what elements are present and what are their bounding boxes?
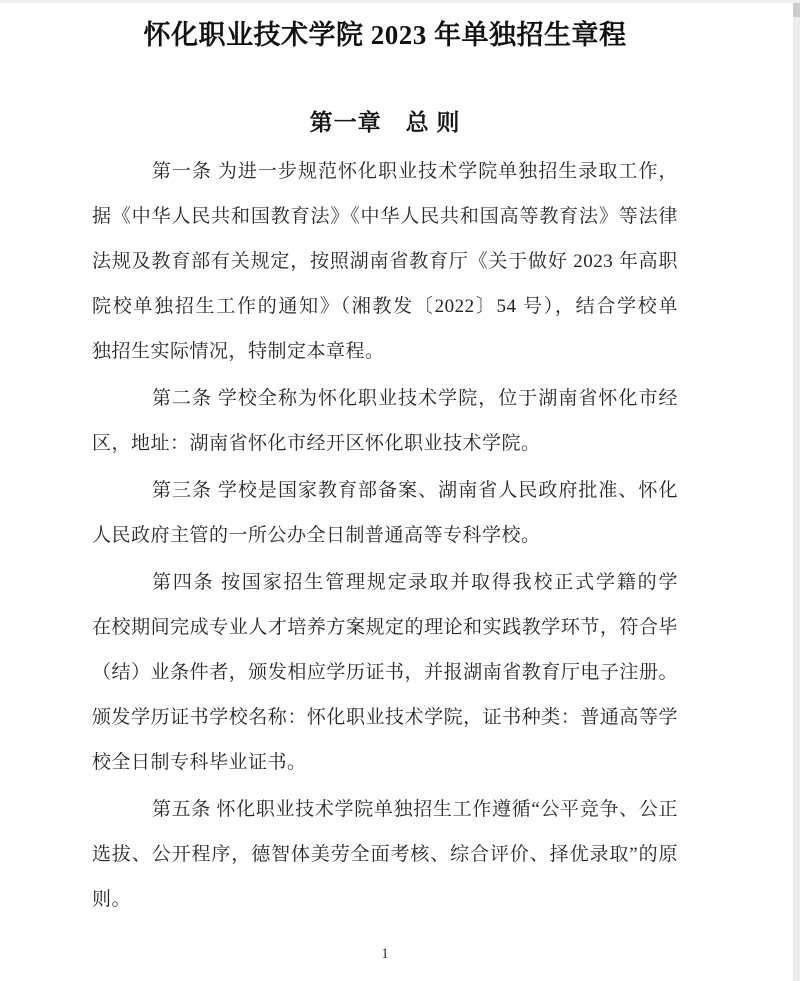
text-line: 在校期间完成专业人才培养方案规定的理论和实践教学环节，符合毕 [92, 605, 678, 650]
document-page: 怀化职业技术学院 2023 年单独招生章程 第一章 总 则 第一条 为进一步规范… [92, 3, 678, 962]
text-line: 第三条 学校是国家教育部备案、湖南省人民政府批准、怀化市 [92, 468, 678, 513]
paragraph-article-4: 第四条 按国家招生管理规定录取并取得我校正式学籍的学生， 在校期间完成专业人才培… [92, 560, 678, 785]
text-line: 校全日制专科毕业证书。 [92, 740, 678, 785]
text-line: 颁发学历证书学校名称：怀化职业技术学院，证书种类：普通高等学 [92, 695, 678, 740]
text-line: 选拔、公开程序，德智体美劳全面考核、综合评价、择优录取”的原 [92, 832, 678, 877]
paragraph-article-3: 第三条 学校是国家教育部备案、湖南省人民政府批准、怀化市 人民政府主管的一所公办… [92, 468, 678, 558]
text-line: 据《中华人民共和国教育法》《中华人民共和国高等教育法》等法律 [92, 194, 678, 239]
paragraph-article-5: 第五条 怀化职业技术学院单独招生工作遵循“公平竞争、公正 选拔、公开程序，德智体… [92, 787, 678, 922]
document-title: 怀化职业技术学院 2023 年单独招生章程 [92, 15, 678, 55]
text-line: 第四条 按国家招生管理规定录取并取得我校正式学籍的学生， [92, 560, 678, 605]
text-line: 法规及教育部有关规定，按照湖南省教育厅《关于做好 2023 年高职 [92, 239, 678, 284]
text-line: 第一条 为进一步规范怀化职业技术学院单独招生录取工作，根 [92, 149, 678, 194]
text-line: 第二条 学校全称为怀化职业技术学院，位于湖南省怀化市经开 [92, 376, 678, 421]
paragraph-article-2: 第二条 学校全称为怀化职业技术学院，位于湖南省怀化市经开 区，地址：湖南省怀化市… [92, 376, 678, 466]
text-line: 院校单独招生工作的通知》（湘教发〔2022〕54 号），结合学校单 [92, 284, 678, 329]
text-line: 区，地址：湖南省怀化市经开区怀化职业技术学院。 [92, 421, 678, 466]
paragraph-article-1: 第一条 为进一步规范怀化职业技术学院单独招生录取工作，根 据《中华人民共和国教育… [92, 149, 678, 374]
chapter-heading: 第一章 总 则 [92, 103, 678, 143]
scrollbar-track[interactable] [793, 3, 800, 981]
text-line: 第五条 怀化职业技术学院单独招生工作遵循“公平竞争、公正 [92, 787, 678, 832]
page-number: 1 [92, 946, 678, 962]
text-line: 独招生实际情况，特制定本章程。 [92, 329, 678, 374]
text-line: 则。 [92, 877, 678, 922]
text-line: （结）业条件者，颁发相应学历证书，并报湖南省教育厅电子注册。 [92, 650, 678, 695]
scrollbar-thumb[interactable] [793, 3, 800, 17]
text-line: 人民政府主管的一所公办全日制普通高等专科学校。 [92, 513, 678, 558]
